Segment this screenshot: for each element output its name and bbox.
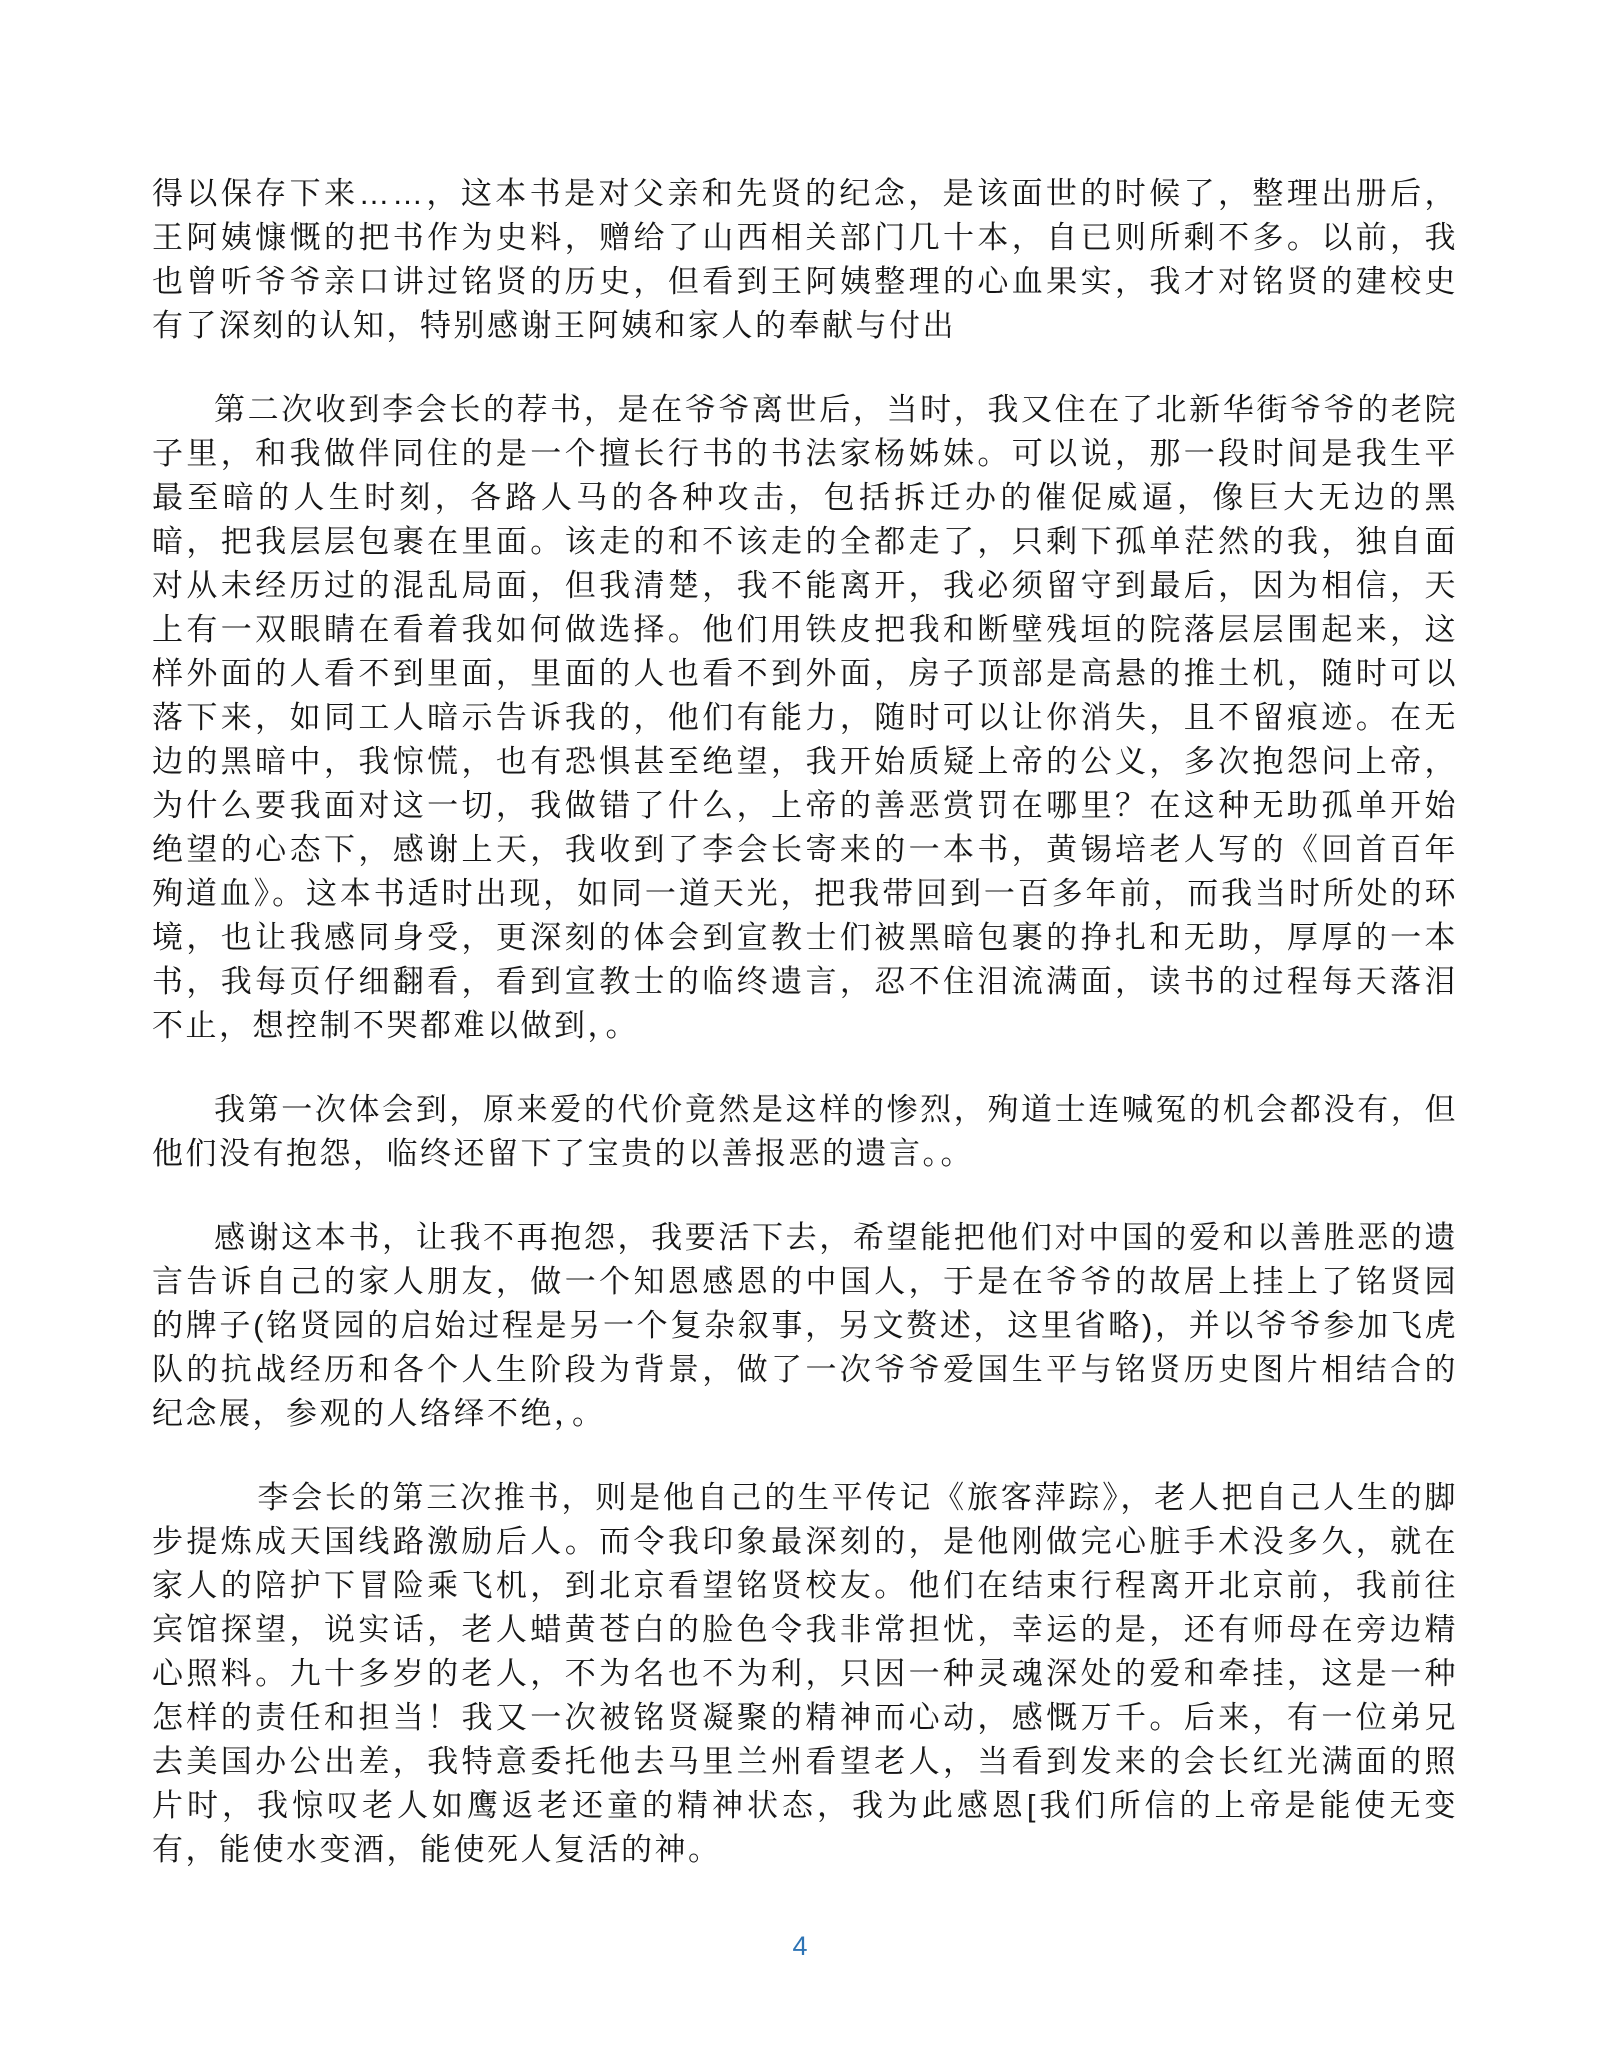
- paragraph: 李会长的第三次推书，则是他自己的生平传记《旅客萍踪》，老人把自己人生的脚步提炼成…: [152, 1476, 1458, 1872]
- paragraph: 第二次收到李会长的荐书，是在爷爷离世后，当时，我又住在了北新华街爷爷的老院子里，…: [152, 388, 1458, 1048]
- paragraph: 我第一次体会到，原来爱的代价竟然是这样的惨烈，殉道士连喊冤的机会都没有，但他们没…: [152, 1088, 1458, 1176]
- paragraph: 感谢这本书，让我不再抱怨，我要活下去，希望能把他们对中国的爱和以善胜恶的遗言告诉…: [152, 1216, 1458, 1436]
- paragraph: 得以保存下来……，这本书是对父亲和先贤的纪念，是该面世的时候了，整理出册后，王阿…: [152, 172, 1458, 348]
- page-number: 4: [0, 1928, 1600, 1964]
- document-page: 得以保存下来……，这本书是对父亲和先贤的纪念，是该面世的时候了，整理出册后，王阿…: [0, 0, 1600, 2071]
